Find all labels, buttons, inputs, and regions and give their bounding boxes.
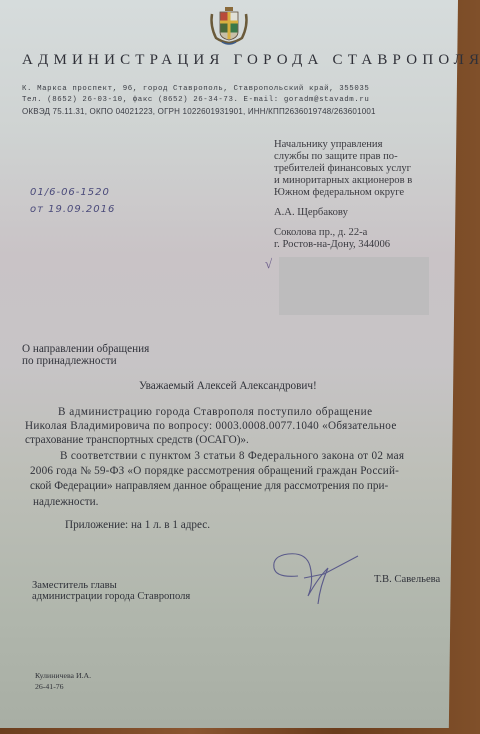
organization-title: АДМИНИСТРАЦИЯ ГОРОДА СТАВРОПОЛЯ: [22, 52, 480, 69]
check-mark-icon: √: [265, 256, 272, 272]
signatory-position-line-2: администрации города Ставрополя: [32, 591, 190, 602]
handwritten-signature: [268, 548, 363, 612]
executor-name: Кулиничева И.А.: [35, 671, 91, 680]
recipient-name: А.А. Щербакову: [274, 207, 348, 219]
recipient-position-line-1: Начальнику управления: [274, 139, 382, 151]
organization-codes: ОКВЭД 75.11.31, ОКПО 04021223, ОГРН 1022…: [22, 107, 376, 116]
recipient-address-line-1: Соколова пр., д. 22-а: [274, 227, 367, 239]
subject-line-1: О направлении обращения: [22, 343, 149, 355]
body-line-7: надлежности.: [33, 496, 98, 508]
redacted-area: [279, 257, 429, 315]
signatory-position-line-1: Заместитель главы: [32, 580, 117, 591]
registration-number: 01/6-06-1520: [30, 187, 110, 198]
coat-of-arms-icon: [208, 6, 250, 46]
recipient-position-line-3: требителей финансовых услуг: [274, 163, 411, 175]
recipient-position-line-2: службы по защите прав по-: [274, 151, 398, 163]
attachment-note: Приложение: на 1 л. в 1 адрес.: [65, 519, 210, 531]
registration-date: от 19.09.2016: [30, 204, 115, 215]
body-line-2: Николая Владимировича по вопросу: 0003.0…: [25, 420, 397, 432]
body-line-5: 2006 года № 59-ФЗ «О порядке рассмотрени…: [30, 465, 399, 477]
signatory-name: Т.В. Савельева: [374, 574, 440, 585]
body-line-6: ской Федерации» направляем данное обраще…: [30, 480, 388, 492]
salutation: Уважаемый Алексей Александрович!: [139, 380, 317, 392]
body-line-1: В администрацию города Ставрополя поступ…: [58, 406, 373, 418]
recipient-address-line-2: г. Ростов-на-Дону, 344006: [274, 239, 390, 251]
executor-phone: 26-41-76: [35, 682, 64, 691]
organization-address: К. Маркса проспект, 96, город Ставрополь…: [22, 85, 369, 93]
subject-line-2: по принадлежности: [22, 355, 117, 367]
body-line-4: В соответствии с пунктом 3 статьи 8 Феде…: [60, 450, 404, 462]
body-line-3: страхование транспортных средств (ОСАГО)…: [25, 434, 249, 446]
organization-contacts: Тел. (8652) 26-03-10, факс (8652) 26-34-…: [22, 96, 369, 104]
recipient-position-line-5: Южном федеральном округе: [274, 187, 404, 199]
recipient-position-line-4: и миноритарных акционеров в: [274, 175, 412, 187]
